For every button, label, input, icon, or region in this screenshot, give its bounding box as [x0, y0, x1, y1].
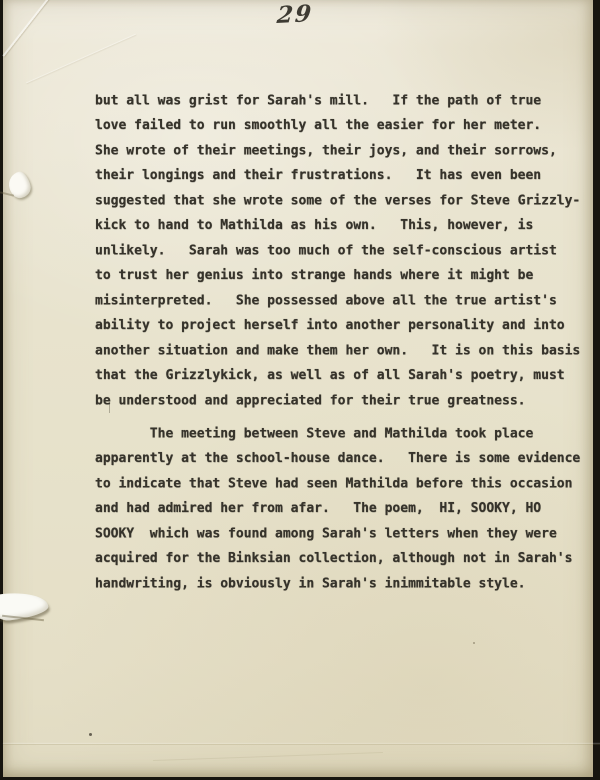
typed-line: misinterpreted. She possessed above all … [95, 288, 595, 313]
typed-line: to indicate that Steve had seen Mathilda… [95, 471, 595, 496]
typed-line: suggested that she wrote some of the ver… [95, 188, 595, 213]
handwritten-page-number: 29 [276, 0, 314, 29]
typed-line: The meeting between Steve and Mathilda t… [95, 421, 595, 446]
typed-text: but all was grist for Sarah's mill. If t… [95, 88, 595, 596]
typed-line: and had admired her from afar. The poem,… [95, 496, 595, 521]
paper-speck [473, 642, 475, 644]
typed-line: ability to project herself into another … [95, 313, 595, 338]
paper-crease [153, 752, 383, 761]
typed-line: handwriting, is obviously in Sarah's ini… [95, 571, 595, 596]
typed-line: SOOKY which was found among Sarah's lett… [95, 521, 595, 546]
paper-speck [89, 733, 92, 736]
paper-crease [26, 34, 136, 84]
paragraph: but all was grist for Sarah's mill. If t… [95, 88, 595, 413]
typed-line: their longings and their frustrations. I… [95, 163, 595, 188]
typed-line: be understood and appreciated for their … [95, 388, 595, 413]
paper-crease [3, 744, 600, 745]
scanned-page-background: { "page": { "page_number": "29", "colors… [0, 0, 600, 780]
typed-line: to trust her genius into strange hands w… [95, 263, 595, 288]
typed-line: another situation and make them her own.… [95, 338, 595, 363]
typed-line: unlikely. Sarah was too much of the self… [95, 238, 595, 263]
typed-line: acquired for the Binksian collection, al… [95, 546, 595, 571]
paragraph: The meeting between Steve and Mathilda t… [95, 421, 595, 596]
typed-line: that the Grizzlykick, as well as of all … [95, 363, 595, 388]
typed-line: apparently at the school-house dance. Th… [95, 446, 595, 471]
typed-line: but all was grist for Sarah's mill. If t… [95, 88, 595, 113]
typed-line: She wrote of their meetings, their joys,… [95, 138, 595, 163]
typed-line: love failed to run smoothly all the easi… [95, 113, 595, 138]
typed-line: kick to hand to Mathilda as his own. Thi… [95, 213, 595, 238]
paper-crease [2, 0, 49, 57]
